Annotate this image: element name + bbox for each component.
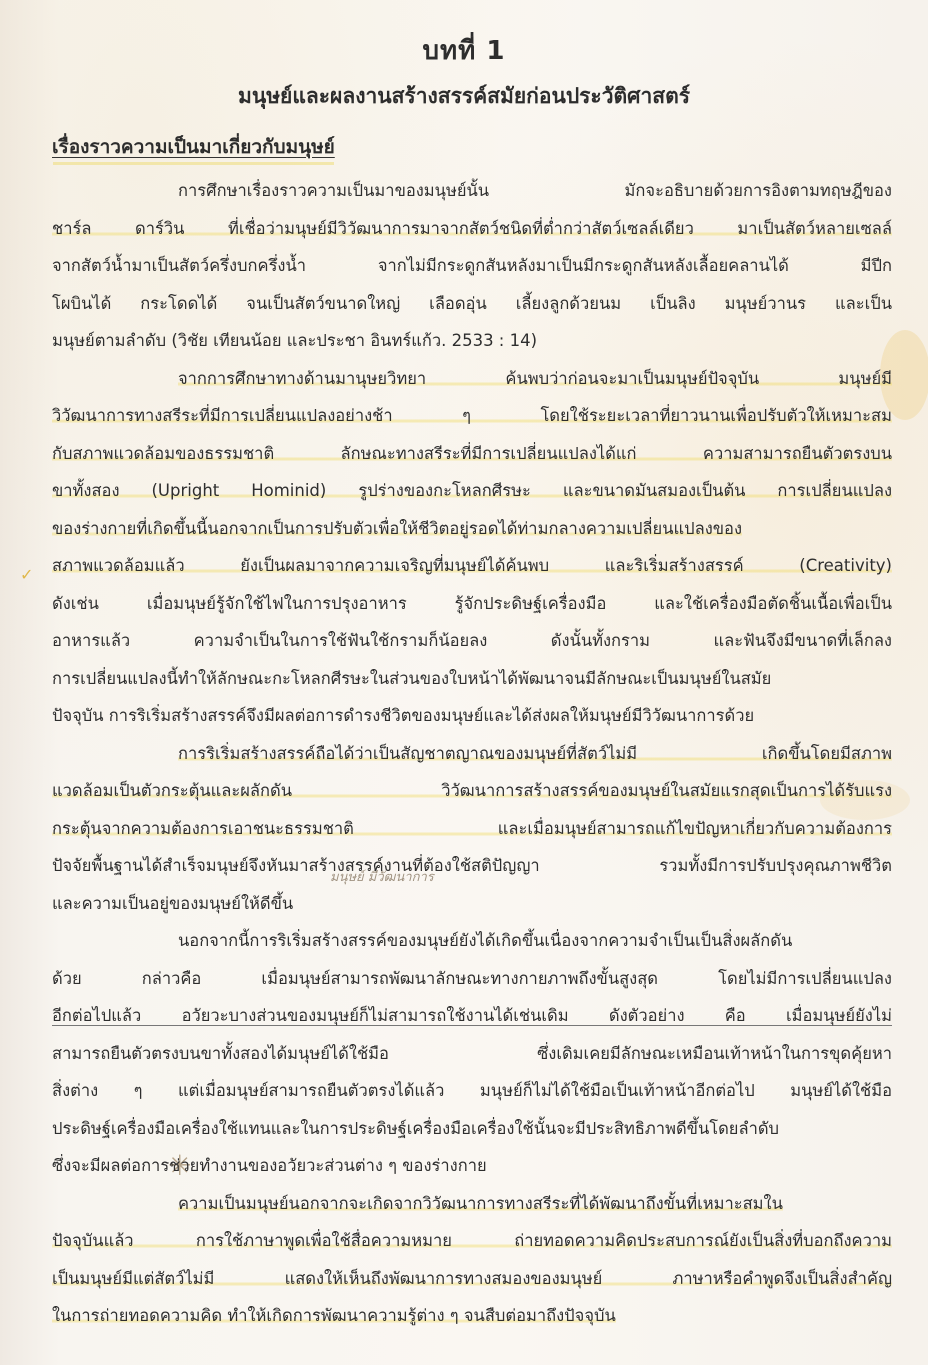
paragraph-line: การริเริ่มสร้างสรรค์ถือได้ว่าเป็นสัญชาตญ… xyxy=(52,735,892,773)
section-heading: เรื่องราวความเป็นมาเกี่ยวกับมนุษย์ xyxy=(52,132,335,162)
paragraph-line: สามารถยืนตัวตรงบนขาทั้งสองได้มนุษย์ได้ใช… xyxy=(52,1035,892,1073)
paragraph-line: สภาพแวดล้อมแล้ว ยังเป็นผลมาจากความเจริญท… xyxy=(52,547,892,585)
chapter-number: บทที่ 1 xyxy=(0,30,928,71)
paragraph-line: ความเป็นมนุษย์นอกจากจะเกิดจากวิวัฒนาการท… xyxy=(52,1185,892,1223)
paragraph-line: จากสัตว์น้ำมาเป็นสัตว์ครึ่งบกครึ่งน้ำ จา… xyxy=(52,247,892,285)
check-mark-icon: ✓ xyxy=(20,565,33,584)
paragraph-line: ประดิษฐ์เครื่องมือเครื่องใช้แทนและในการป… xyxy=(52,1110,892,1148)
paragraph-line: ปัจจุบันแล้ว การใช้ภาษาพูดเพื่อใช้สื่อคว… xyxy=(52,1222,892,1260)
paragraph-line: ดังเช่น เมื่อมนุษย์รู้จักใช้ไฟในการปรุงอ… xyxy=(52,585,892,623)
chapter-title: มนุษย์และผลงานสร้างสรรค์สมัยก่อนประวัติศ… xyxy=(0,80,928,113)
paragraph-line: จากการศึกษาทางด้านมานุษยวิทยา ค้นพบว่าก่… xyxy=(52,360,892,398)
paragraph-line: กับสภาพแวดล้อมของธรรมชาติ ลักษณะทางสรีระ… xyxy=(52,435,892,473)
paragraph-line: วิวัฒนาการทางสรีระที่มีการเปลี่ยนแปลงอย่… xyxy=(52,397,892,435)
paragraph-line: สิ่งต่าง ๆ แต่เมื่อมนุษย์สามารถยืนตัวตรง… xyxy=(52,1072,892,1110)
paragraph-line: และความเป็นอยู่ของมนุษย์ให้ดีขึ้น xyxy=(52,885,892,923)
paragraph-line: กระตุ้นจากความต้องการเอาชนะธรรมชาติ และเ… xyxy=(52,810,892,848)
paragraph-line: เป็นมนุษย์มีแต่สัตว์ไม่มี แสดงให้เห็นถึง… xyxy=(52,1260,892,1298)
paragraph-line: การศึกษาเรื่องราวความเป็นมาของมนุษย์นั้น… xyxy=(52,172,892,210)
paragraph-line: ปัจจัยพื้นฐานได้สำเร็จมนุษย์จึงหันมาสร้า… xyxy=(52,847,892,885)
paragraph-line: แวดล้อมเป็นตัวกระตุ้นและผลักดัน วิวัฒนาก… xyxy=(52,772,892,810)
paragraph-line: ซึ่งจะมีผลต่อการช่วยทำงานของอวัยวะส่วนต่… xyxy=(52,1147,892,1185)
paragraph-line: อีกต่อไปแล้ว อวัยวะบางส่วนของมนุษย์ก็ไม่… xyxy=(52,997,892,1035)
paragraph-line: ด้วย กล่าวคือ เมื่อมนุษย์สามารถพัฒนาลักษ… xyxy=(52,960,892,998)
paragraph-line: ขาทั้งสอง (Upright Hominid) รูปร่างของกะ… xyxy=(52,472,892,510)
paragraph-line: โผบินได้ กระโดดได้ จนเป็นสัตว์ขนาดใหญ่ เ… xyxy=(52,285,892,323)
paragraph-line: ปัจจุบัน การริเริ่มสร้างสรรค์จึงมีผลต่อก… xyxy=(52,697,892,735)
paragraph-line: มนุษย์ตามลำดับ (วิชัย เทียนน้อย และประชา… xyxy=(52,322,892,360)
paragraph-line: ของร่างกายที่เกิดขึ้นนี้นอกจากเป็นการปรั… xyxy=(52,510,892,548)
paragraph-line: อาหารแล้ว ความจำเป็นในการใช้ฟันใช้กรามก็… xyxy=(52,622,892,660)
scanned-page: บทที่ 1 มนุษย์และผลงานสร้างสรรค์สมัยก่อน… xyxy=(0,0,928,1365)
paragraph-line: การเปลี่ยนแปลงนี้ทำให้ลักษณะกะโหลกศีรษะใ… xyxy=(52,660,892,698)
paragraph-line: ชาร์ล ดาร์วิน ที่เชื่อว่ามนุษย์มีวิวัฒนา… xyxy=(52,210,892,248)
paragraph-line: ในการถ่ายทอดความคิด ทำให้เกิดการพัฒนาควา… xyxy=(52,1297,892,1335)
paragraph-line: นอกจากนี้การริเริ่มสร้างสรรค์ของมนุษย์ยั… xyxy=(52,922,892,960)
body-text: การศึกษาเรื่องราวความเป็นมาของมนุษย์นั้น… xyxy=(52,172,892,1335)
